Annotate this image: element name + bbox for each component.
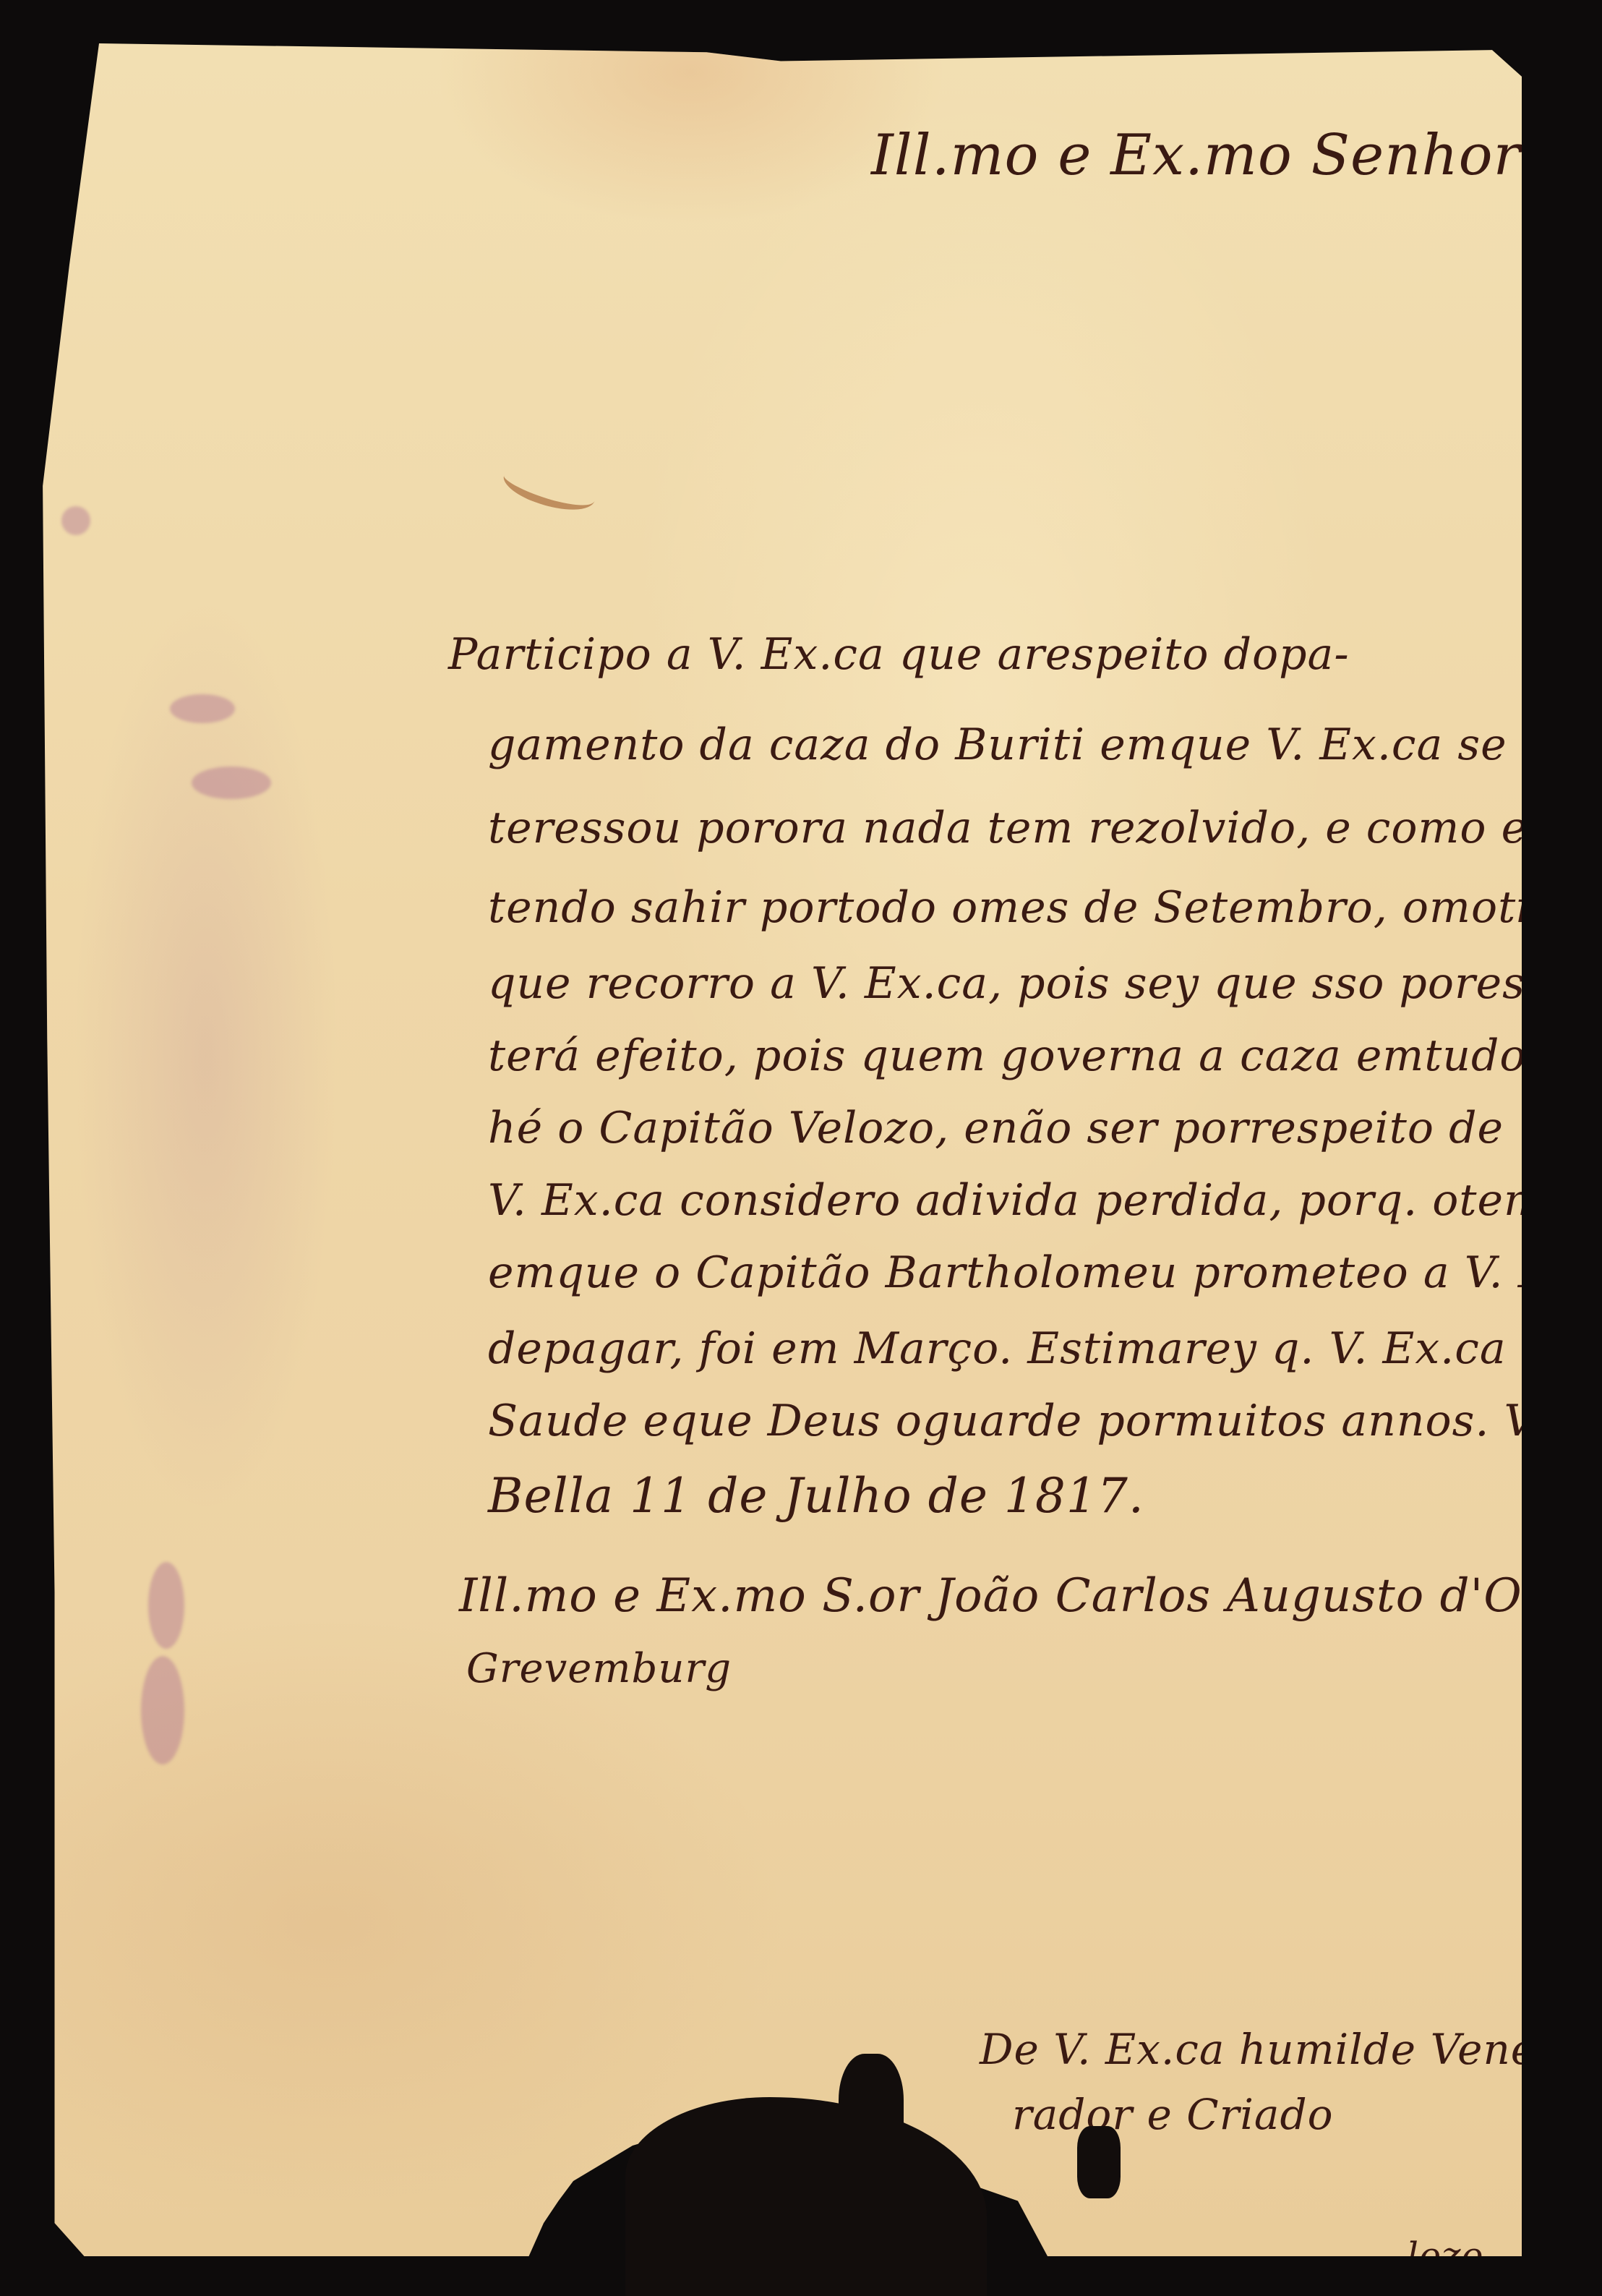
body-line-5: que recorro a V. Ex.ca, pois sey que sso… (488, 958, 1602, 1009)
body-line-2: gamento da caza do Buriti emque V. Ex.ca… (488, 720, 1580, 770)
body-line-12-date: Bella 11 de Julho de 1817. (488, 1468, 1144, 1524)
body-line-1: Participo a V. Ex.ca que arespeito dopa- (448, 629, 1350, 680)
ink-stain (61, 506, 90, 535)
ink-stain (141, 1656, 184, 1764)
signature-fragment: …lozo (1370, 2235, 1484, 2276)
closing-line-2: rador e Criado (1012, 2090, 1334, 2139)
body-line-3: teressou porora nada tem rezolvido, e co… (488, 803, 1602, 853)
body-line-4: tendo sahir portodo omes de Setembro, om… (488, 882, 1602, 933)
addressee-line-2: Grevemburg (466, 1645, 732, 1692)
body-line-7: hé o Capitão Velozo, enão ser porrespeit… (488, 1103, 1504, 1153)
flourish-mark (499, 455, 599, 521)
addressee-line-1: Ill.mo e Ex.mo S.or João Carlos Augusto … (459, 1569, 1602, 1623)
body-line-9: emque o Capitão Bartholomeu prometeo a V… (488, 1247, 1602, 1298)
ink-stain (192, 767, 271, 799)
salutation: Ill.mo e Ex.mo Senhor (871, 123, 1521, 188)
torn-area (839, 2054, 904, 2169)
ink-stain (170, 694, 235, 723)
body-line-11: Saude eque Deus oguarde pormuitos annos.… (488, 1396, 1602, 1446)
body-line-10: depagar, foi em Março. Estimarey q. V. E… (488, 1323, 1602, 1374)
body-line-8: V. Ex.ca considero adivida perdida, porq… (488, 1175, 1601, 1226)
closing-line-1: De V. Ex.ca humilde Vene- (980, 2025, 1551, 2074)
body-line-text: Participo a V. Ex.ca que arespeito dopa- (448, 629, 1350, 680)
body-line-6: terá efeito, pois quem governa a caza em… (488, 1030, 1527, 1081)
torn-area (1077, 2126, 1121, 2198)
ink-stain (148, 1562, 184, 1649)
manuscript-page: Ill.mo e Ex.mo Senhor Participo a V. Ex.… (40, 43, 1522, 2256)
